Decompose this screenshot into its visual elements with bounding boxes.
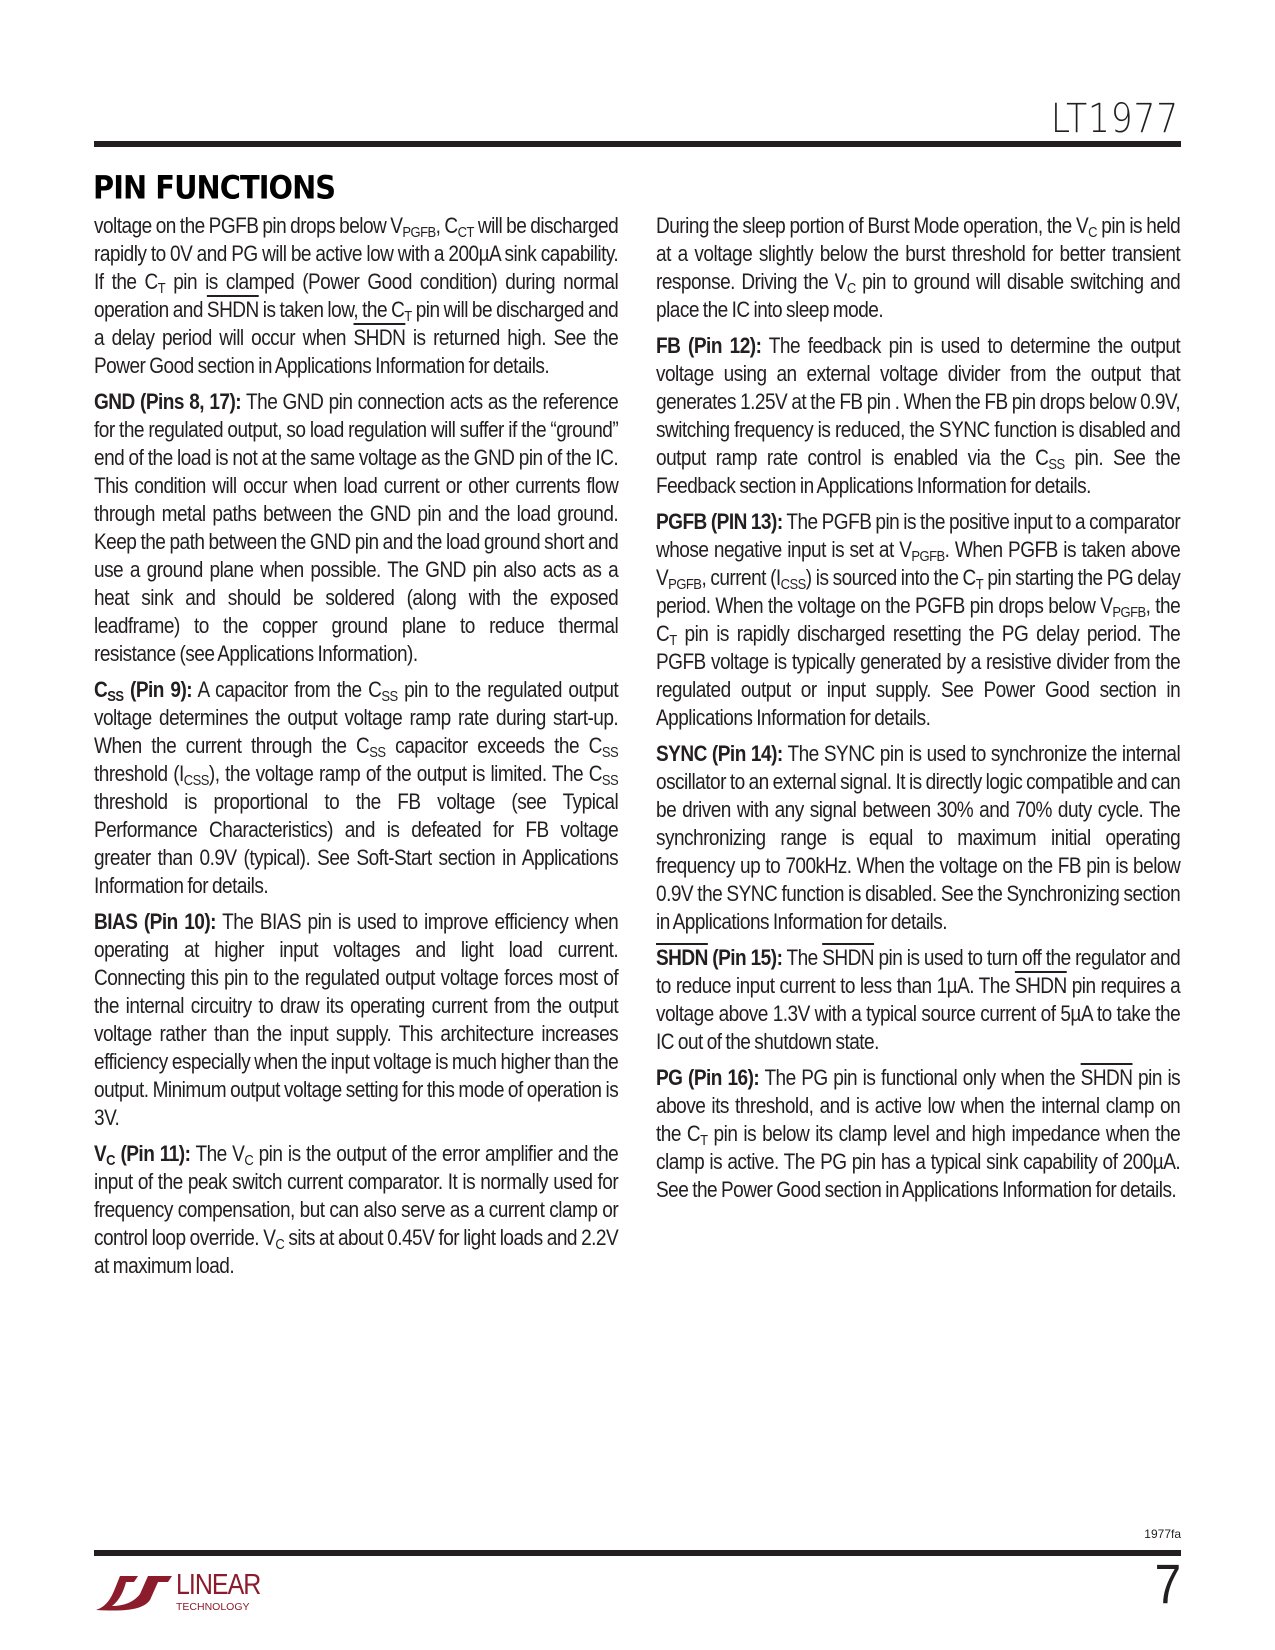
part-number: LT1977 — [1051, 96, 1179, 142]
pin-sync-description: SYNC (Pin 14): The SYNC pin is used to s… — [656, 740, 1180, 936]
pin-css-description: CSS (Pin 9): A capacitor from the CSS pi… — [94, 676, 618, 900]
section-title: PIN FUNCTIONS — [93, 170, 335, 207]
document-code: 1977fa — [1144, 1527, 1181, 1541]
pin-pg-label: PG (Pin 16): — [656, 1065, 759, 1090]
footer-rule — [94, 1550, 1181, 1556]
pin-fb-label: FB (Pin 12): — [656, 333, 761, 358]
pin-bias-description: BIAS (Pin 10): The BIAS pin is used to i… — [94, 908, 618, 1132]
right-column: During the sleep portion of Burst Mode o… — [656, 212, 1180, 1212]
pin-shdn-label: SHDN (Pin 15): — [656, 945, 782, 970]
pin-pg-description: PG (Pin 16): The PG pin is functional on… — [656, 1064, 1180, 1204]
header-rule — [94, 141, 1181, 147]
svg-text:TECHNOLOGY: TECHNOLOGY — [176, 1601, 250, 1613]
pin-fb-description: FB (Pin 12): The feedback pin is used to… — [656, 332, 1180, 500]
paragraph-pg-continuation: voltage on the PGFB pin drops below VPGF… — [94, 212, 618, 380]
pin-bias-label: BIAS (Pin 10): — [94, 909, 216, 934]
pin-pgfb-description: PGFB (PIN 13): The PGFB pin is the posit… — [656, 508, 1180, 732]
pin-css-label: CSS (Pin 9): — [94, 677, 192, 702]
linear-technology-logo-icon: LINEAR TECHNOLOGY — [94, 1566, 264, 1616]
svg-text:LINEAR: LINEAR — [176, 1568, 261, 1600]
paragraph-vc-continuation: During the sleep portion of Burst Mode o… — [656, 212, 1180, 324]
pin-gnd-label: GND (Pins 8, 17): — [94, 389, 241, 414]
left-column: voltage on the PGFB pin drops below VPGF… — [94, 212, 618, 1288]
pin-vc-label: VC (Pin 11): — [94, 1141, 190, 1166]
pin-gnd-description: GND (Pins 8, 17): The GND pin connection… — [94, 388, 618, 668]
pin-vc-description: VC (Pin 11): The VC pin is the output of… — [94, 1140, 618, 1280]
pin-shdn-description: SHDN (Pin 15): The SHDN pin is used to t… — [656, 944, 1180, 1056]
pin-pgfb-label: PGFB (PIN 13): — [656, 509, 783, 534]
page-number: 7 — [1155, 1556, 1181, 1612]
pin-sync-label: SYNC (Pin 14): — [656, 741, 783, 766]
